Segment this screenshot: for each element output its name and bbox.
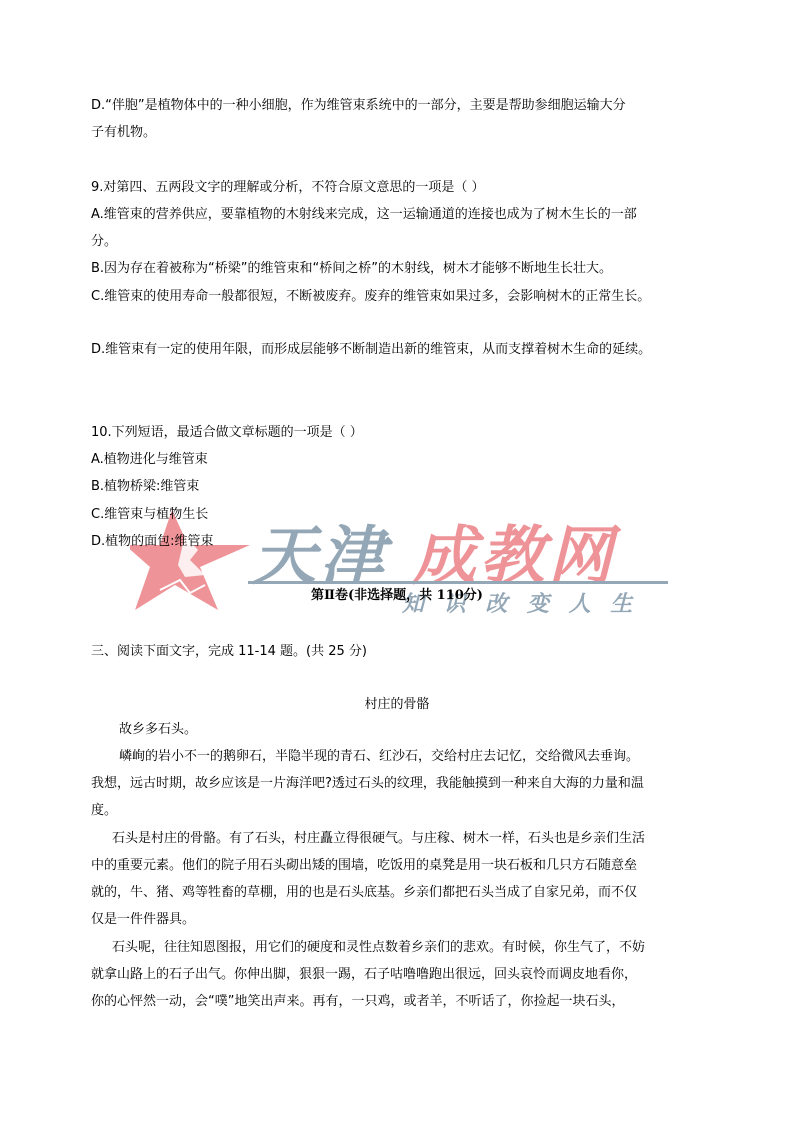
article-paragraph-line: 嶙峋的岩小不一的鹅卵石，半隐半现的青石、红沙石，交给村庄去记忆，交给微风去垂询。 xyxy=(119,749,639,765)
article-paragraph-line: 就拿山路上的石子出气。你伸出脚，狠狠一踢，石子咕噜噜跑出很远，回头哀怜而调皮地看… xyxy=(91,967,637,983)
q10-option-d: D.植物的面包:维管束 xyxy=(91,534,214,550)
article-paragraph-line: 仅是一件件器具。 xyxy=(91,912,195,928)
q8-option-d-line2: 子有机物。 xyxy=(91,125,156,141)
q9-option-b: B.因为存在着被称为“桥梁”的维管束和“桥间之桥”的木射线，树木才能够不断地生长… xyxy=(91,261,612,277)
q10-option-a: A.植物进化与维管束 xyxy=(91,452,208,468)
q10-option-b: B.植物桥梁:维管束 xyxy=(91,479,199,495)
watermark-logo: 天津 成教网 知 识 改 变 人 生 xyxy=(130,505,690,625)
q9-option-a-line1: A.维管束的营养供应，要靠植物的木射线来完成，这一运输通道的连接也成为了树木生长… xyxy=(91,207,637,223)
watermark-divider xyxy=(248,581,668,584)
article-paragraph-line: 石头呢，往往知恩图报，用它们的硬度和灵性点数着乡亲们的悲欢。有时候，你生气了，不… xyxy=(112,940,645,956)
watermark-title-red: 成教网 xyxy=(412,505,616,597)
article-paragraph-line: 度。 xyxy=(91,803,117,819)
article-paragraph-line: 我想，远古时期，故乡应该是一片海洋吧?透过石头的纹理，我能触摸到一种来自大海的力… xyxy=(91,776,644,792)
article-paragraph-line: 你的心怦然一动，会“噗”地笑出声来。再有，一只鸡，或者羊，不听话了，你捡起一块石… xyxy=(91,994,624,1010)
article-paragraph-line: 中的重要元素。他们的院子用石头砌出矮的围墙，吃饭用的桌凳是用一块石板和几只方石随… xyxy=(91,858,637,874)
q10-option-c: C.维管束与植物生长 xyxy=(91,507,208,523)
watermark-title-gray: 天津 xyxy=(252,505,388,597)
section-3-heading: 三、阅读下面文字，完成 11-14 题。(共 25 分) xyxy=(91,644,367,660)
section-2-title: 第Ⅱ卷(非选择题，共 110分) xyxy=(0,588,794,604)
article-paragraph-line: 就的，牛、猪、鸡等牲畜的草棚，用的也是石头底基。乡亲们都把石头当成了自家兄弟，而… xyxy=(91,885,637,901)
q8-option-d-line1: D.“伴胞”是植物体中的一种小细胞，作为维管束系统中的一部分，主要是帮助参细胞运… xyxy=(91,98,626,114)
article-paragraph-line: 石头是村庄的骨骼。有了石头，村庄矗立得很硬气。与庄稼、树木一样，石头也是乡亲们生… xyxy=(112,831,645,847)
q9-option-a-line2: 分。 xyxy=(91,234,117,250)
article-title: 村庄的骨骼 xyxy=(0,697,794,713)
q9-stem: 9.对第四、五两段文字的理解或分析，不符合原文意思的一项是（ ） xyxy=(91,180,485,196)
q9-option-d: D.维管束有一定的使用年限，而形成层能够不断制造出新的维管束，从而支撑着树木生命… xyxy=(91,342,651,358)
q10-stem: 10.下列短语，最适合做文章标题的一项是（ ） xyxy=(91,425,363,441)
article-paragraph-line: 故乡多石头。 xyxy=(119,722,197,738)
q9-option-c: C.维管束的使用寿命一般都很短，不断被废弃。废弃的维管束如果过多，会影响树木的正… xyxy=(91,289,650,305)
